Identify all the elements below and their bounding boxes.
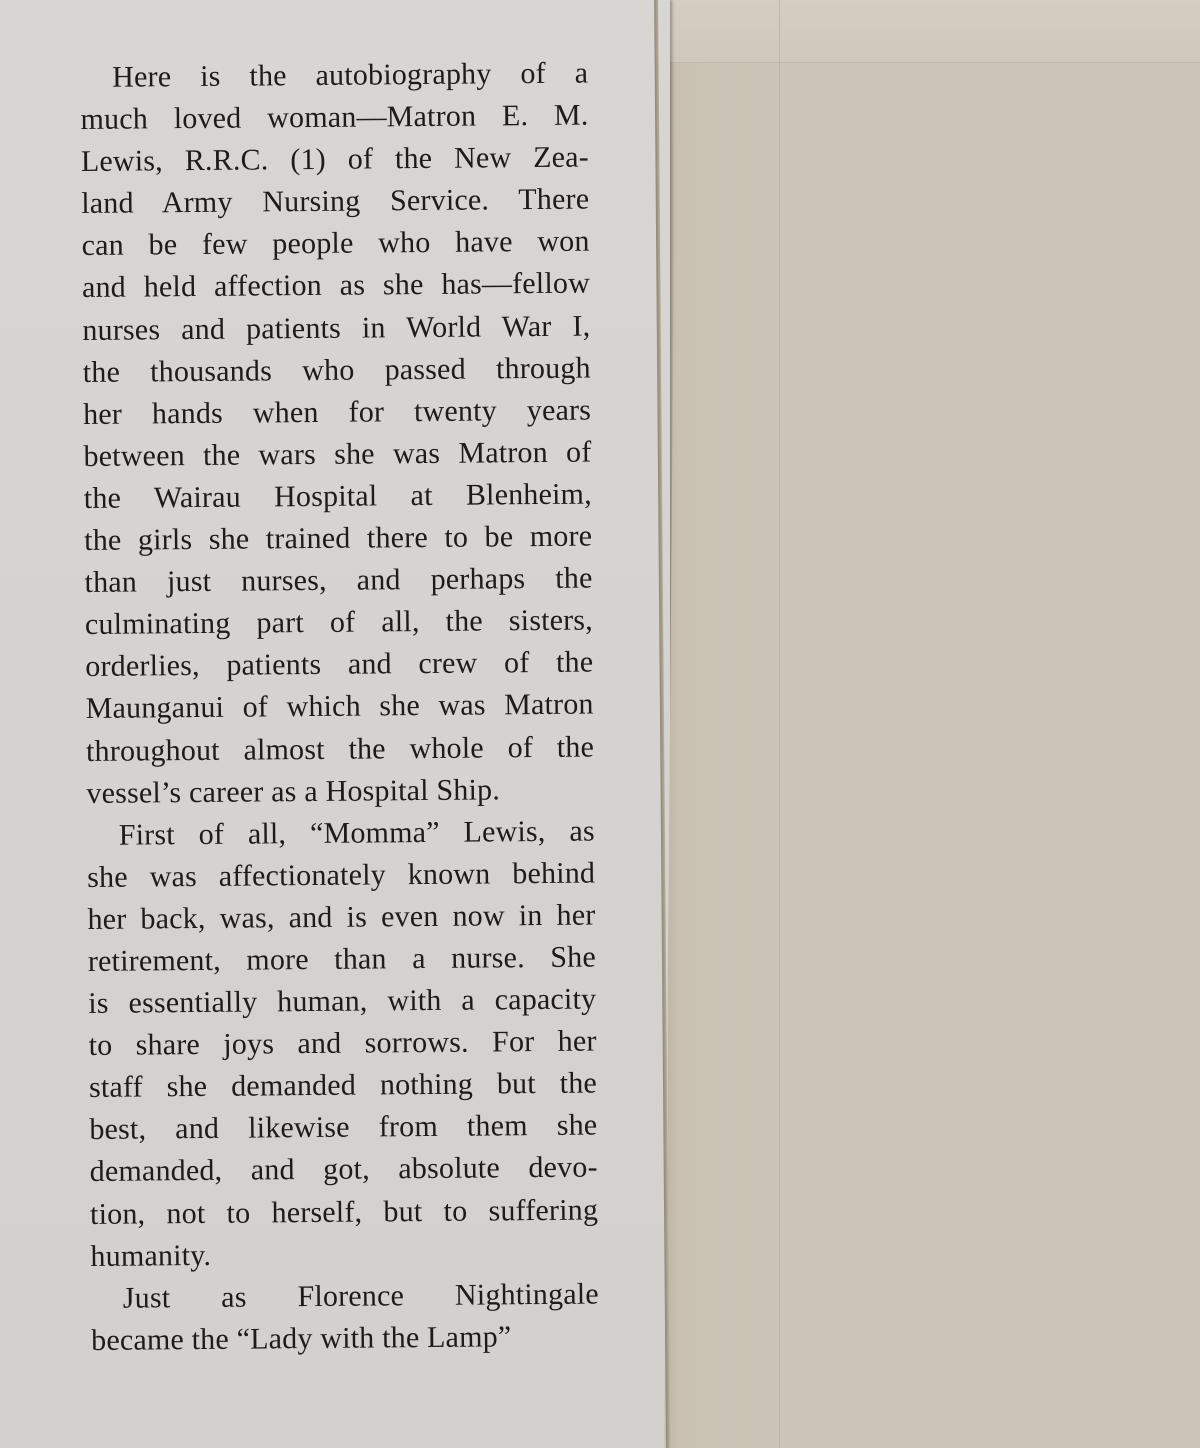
text-line: Here is the autobiography of a xyxy=(80,53,588,100)
text-line: much loved woman—Matron E. M. xyxy=(80,95,588,142)
text-line: Maunganui of which she was Matron xyxy=(86,684,594,731)
text-line: demanded, and got, absolute devo- xyxy=(90,1147,598,1194)
text-line: the girls she trained there to be more xyxy=(84,516,592,563)
text-line: is essentially human, with a capacity xyxy=(88,979,596,1026)
text-line: best, and likewise from them she xyxy=(89,1105,597,1152)
flap-text: Here is the autobiography of a much love… xyxy=(80,53,599,1362)
board-top-band xyxy=(670,0,1200,63)
text-line: tion, not to herself, but to suffering xyxy=(90,1189,598,1236)
text-line: vessel’s career as a Hospital Ship. xyxy=(86,768,594,815)
text-line: her back, was, and is even now in her xyxy=(87,894,595,941)
board-inner-strip xyxy=(668,0,780,1448)
text-line: the thousands who passed through xyxy=(83,347,591,394)
text-line: to share joys and sorrows. For her xyxy=(88,1021,596,1068)
jacket-flap: Here is the autobiography of a much love… xyxy=(0,0,670,1448)
text-line: throughout almost the whole of the xyxy=(86,726,594,773)
text-line: than just nurses, and perhaps the xyxy=(84,558,592,605)
text-line: culminating part of all, the sisters, xyxy=(85,600,593,647)
text-line: became the “Lady with the Lamp” xyxy=(91,1315,599,1362)
text-line: between the wars she was Matron of xyxy=(83,431,591,478)
text-line: the Wairau Hospital at Blenheim, xyxy=(84,473,592,520)
text-line: orderlies, patients and crew of the xyxy=(85,642,593,689)
text-line: staff she demanded nothing but the xyxy=(89,1063,597,1110)
text-line: can be few people who have won xyxy=(81,221,589,268)
text-line: First of all, “Momma” Lewis, as xyxy=(87,810,595,857)
text-line: retirement, more than a nurse. She xyxy=(88,937,596,984)
text-line: and held affection as she has—fellow xyxy=(82,263,590,310)
board-fold-line xyxy=(779,0,781,1448)
text-line: humanity. xyxy=(90,1231,598,1278)
text-line: Lewis, R.R.C. (1) of the New Zea- xyxy=(81,137,589,184)
text-line: nurses and patients in World War I, xyxy=(82,305,590,352)
text-line: her hands when for twenty years xyxy=(83,389,591,436)
text-line: Just as Florence Nightingale xyxy=(91,1273,599,1320)
text-line: land Army Nursing Service. There xyxy=(81,179,589,226)
text-line: she was affectionately known behind xyxy=(87,852,595,899)
